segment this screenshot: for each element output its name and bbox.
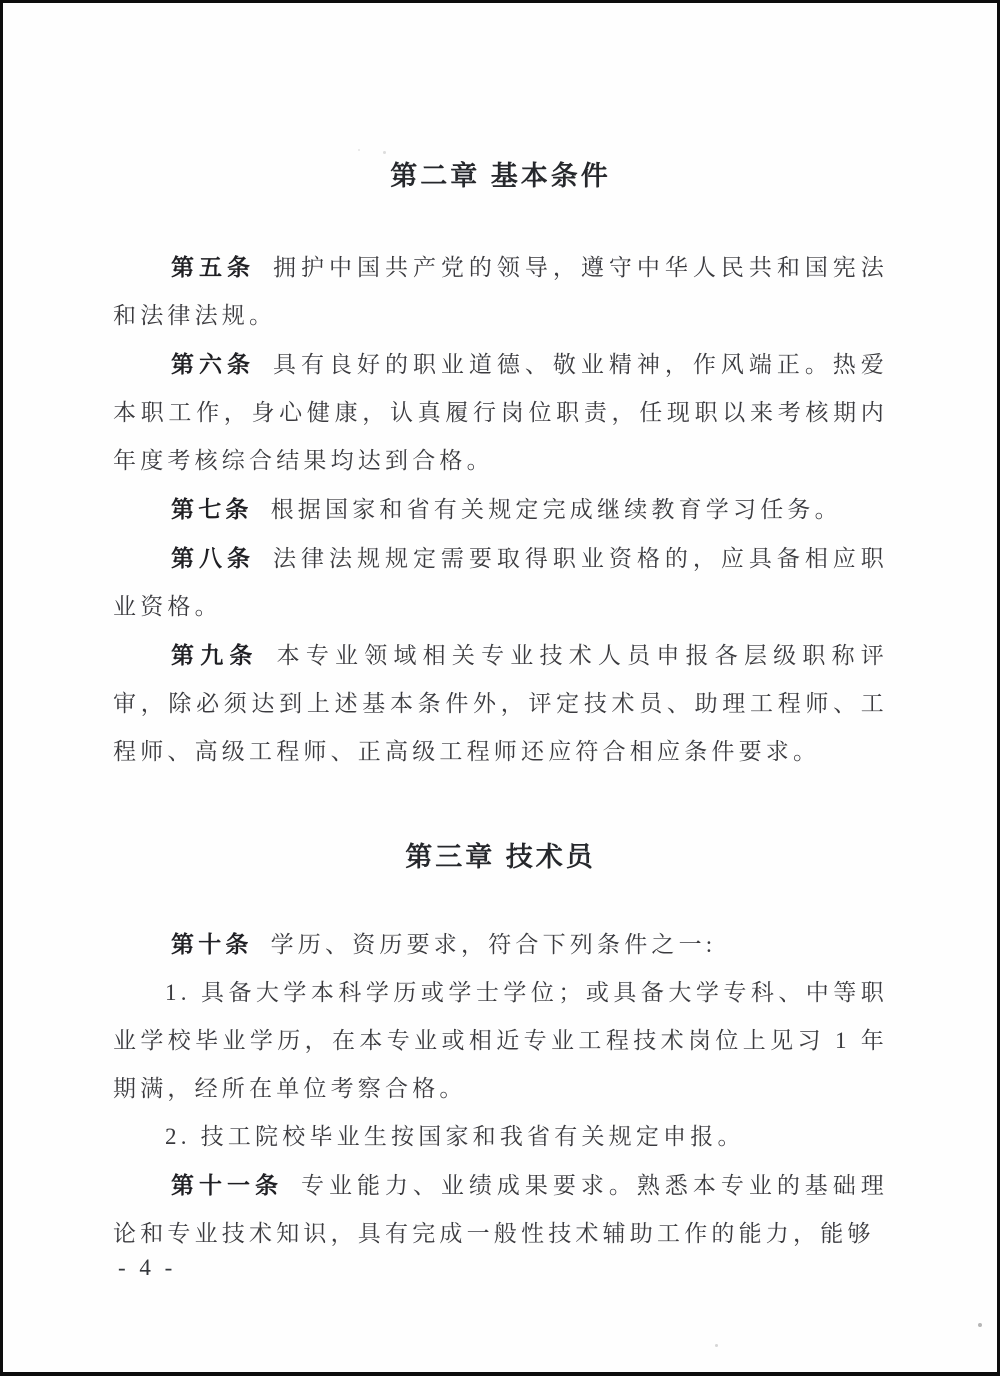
article-10-label: 第十条 <box>171 931 253 957</box>
scan-speck <box>715 1344 718 1347</box>
article-7-text: 根据国家和省有关规定完成继续教育学习任务。 <box>271 497 842 522</box>
item-1-label: 1. <box>165 980 191 1005</box>
article-5-paragraph: 第五条拥护中国共产党的领导，遵守中华人民共和国宪法和法律法规。 <box>113 243 888 340</box>
scan-speck <box>978 1323 982 1327</box>
article-9-label: 第九条 <box>171 642 259 668</box>
page-content: 第二章 基本条件 第五条拥护中国共产党的领导，遵守中华人民共和国宪法和法律法规。… <box>3 3 997 1372</box>
article-10-item-2: 2.技工院校毕业生按国家和我省有关规定申报。 <box>113 1113 888 1161</box>
article-11-label: 第十一条 <box>171 1172 283 1198</box>
scan-speck <box>383 151 386 154</box>
article-9-paragraph: 第九条本专业领域相关专业技术人员申报各层级职称评审，除必须达到上述基本条件外，评… <box>113 631 888 776</box>
article-10-paragraph: 第十条学历、资历要求，符合下列条件之一: <box>113 920 888 969</box>
item-1-text: 具备大学本科学历或学士学位；或具备大学专科、中等职业学校毕业学历，在本专业或相近… <box>113 980 888 1101</box>
item-2-label: 2. <box>165 1124 191 1149</box>
scan-speck <box>358 149 360 151</box>
article-6-paragraph: 第六条具有良好的职业道德、敬业精神，作风端正。热爱本职工作，身心健康，认真履行岗… <box>113 340 888 485</box>
article-8-label: 第八条 <box>171 545 255 571</box>
article-7-paragraph: 第七条根据国家和省有关规定完成继续教育学习任务。 <box>113 485 888 534</box>
article-6-label: 第六条 <box>171 351 255 377</box>
page-number: - 4 - <box>118 1255 176 1281</box>
chapter-2-title: 第二章 基本条件 <box>113 159 888 193</box>
document-page: 第二章 基本条件 第五条拥护中国共产党的领导，遵守中华人民共和国宪法和法律法规。… <box>0 0 1000 1376</box>
article-5-label: 第五条 <box>171 254 255 280</box>
article-11-paragraph: 第十一条专业能力、业绩成果要求。熟悉本专业的基础理论和专业技术知识，具有完成一般… <box>113 1161 888 1258</box>
article-8-paragraph: 第八条法律法规规定需要取得职业资格的，应具备相应职业资格。 <box>113 534 888 631</box>
chapter-3-title: 第三章 技术员 <box>113 840 888 874</box>
article-10-item-1: 1.具备大学本科学历或学士学位；或具备大学专科、中等职业学校毕业学历，在本专业或… <box>113 969 888 1113</box>
article-10-text: 学历、资历要求，符合下列条件之一: <box>271 932 717 957</box>
item-2-text: 技工院校毕业生按国家和我省有关规定申报。 <box>201 1124 745 1149</box>
article-7-label: 第七条 <box>171 496 253 522</box>
